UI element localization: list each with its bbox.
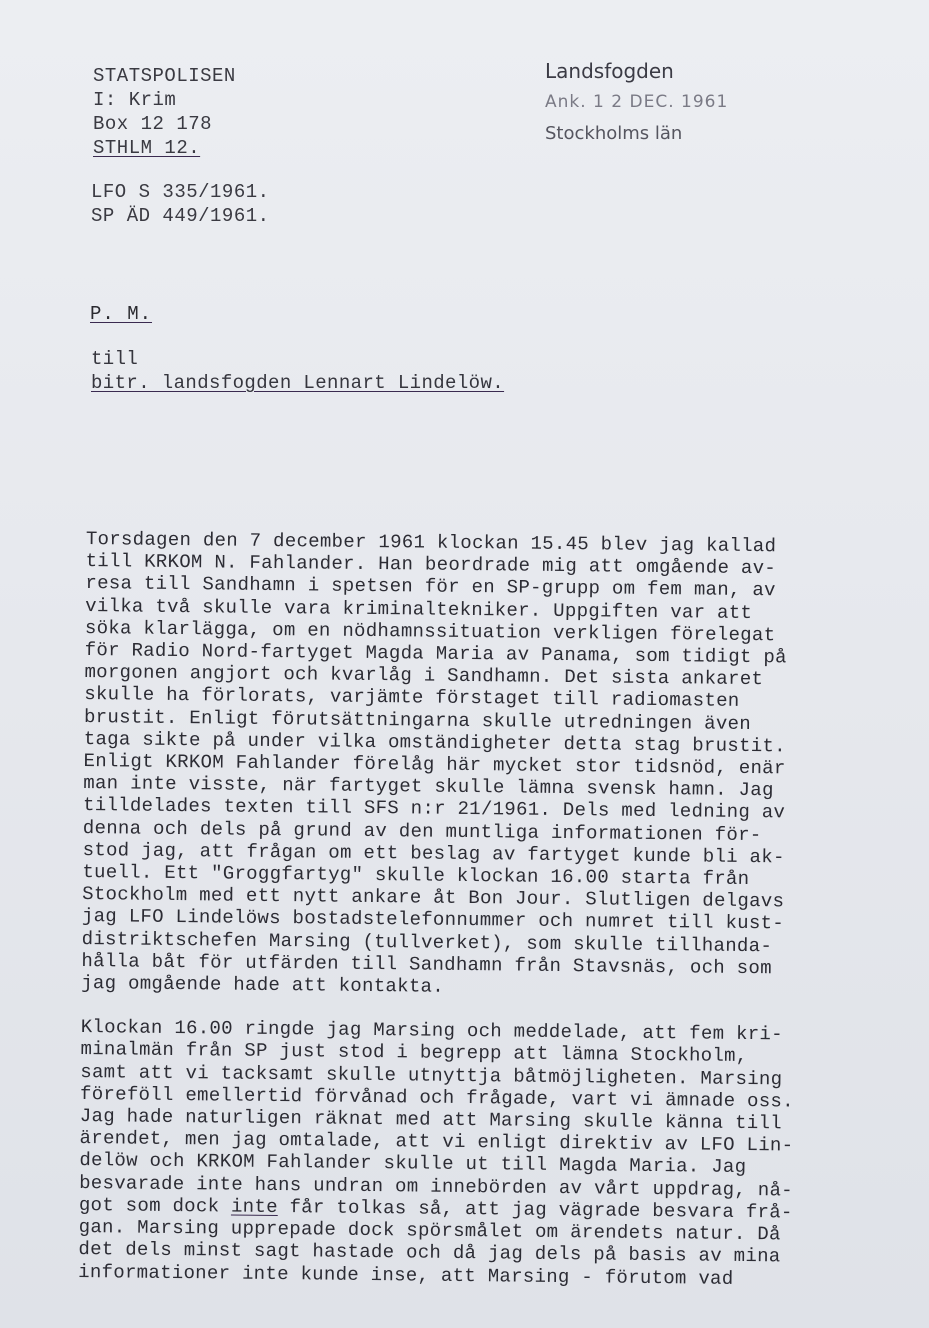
memo-heading: P. M. xyxy=(90,303,152,325)
recipient-prefix: till xyxy=(91,347,504,371)
stamp-office: Landsfogden xyxy=(545,56,728,87)
recipient: till bitr. landsfogden Lennart Lindelöw. xyxy=(91,347,504,395)
sender-line: STHLM 12. xyxy=(93,136,236,160)
memo-body: Torsdagen den 7 december 1961 klockan 15… xyxy=(78,528,916,1291)
memo-paragraph: Torsdagen den 7 december 1961 klockan 15… xyxy=(81,528,916,1003)
sender-line: STATSPOLISEN xyxy=(93,64,236,88)
stamp-date: Ank. 1 2 DEC. 1961 xyxy=(545,87,728,118)
reference-line: LFO S 335/1961. xyxy=(91,180,270,204)
stamp-county: Stockholms län xyxy=(545,118,728,149)
reference-line: SP ÄD 449/1961. xyxy=(91,204,270,228)
document-page: STATSPOLISEN I: Krim Box 12 178 STHLM 12… xyxy=(0,0,929,1328)
emphasized-word: inte xyxy=(231,1195,278,1217)
received-stamp: Landsfogden Ank. 1 2 DEC. 1961 Stockholm… xyxy=(545,56,728,149)
sender-line: Box 12 178 xyxy=(93,112,236,136)
sender-line: I: Krim xyxy=(93,88,236,112)
recipient-name: bitr. landsfogden Lennart Lindelöw. xyxy=(91,371,504,395)
memo-paragraph: Klockan 16.00 ringde jag Marsing och med… xyxy=(78,1016,911,1291)
sender-address: STATSPOLISEN I: Krim Box 12 178 STHLM 12… xyxy=(93,64,236,160)
reference-numbers: LFO S 335/1961. SP ÄD 449/1961. xyxy=(91,180,270,228)
